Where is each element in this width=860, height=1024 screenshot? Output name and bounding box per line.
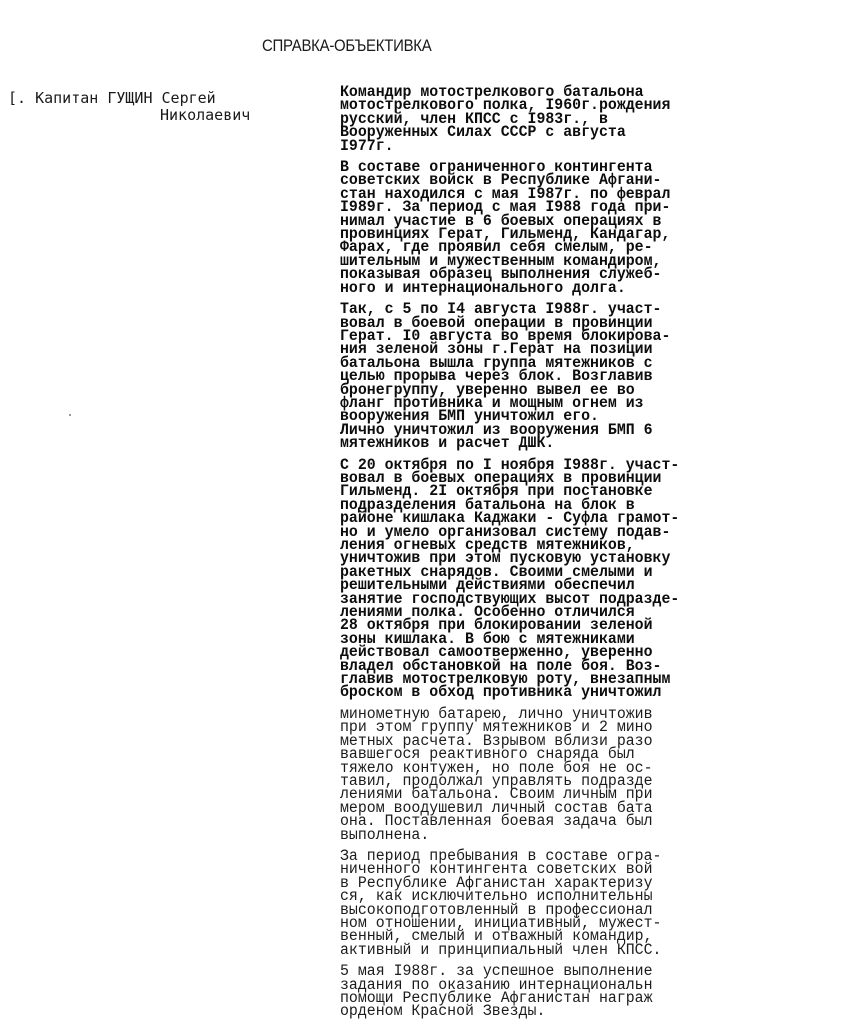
paragraph: Так, с 5 по I4 августа I988г. участ-вова… bbox=[340, 303, 860, 450]
paragraph: За период пребывания в составе огра-ниче… bbox=[340, 850, 860, 957]
text-line: орденом Красной Звезды. bbox=[340, 1005, 839, 1018]
person-header: [. Капитан ГУЩИН Сергей Николаевич bbox=[8, 90, 338, 124]
paragraph: В составе ограниченного контингентасовет… bbox=[340, 161, 860, 295]
text-line: броском в обход противника уничтожил bbox=[340, 686, 839, 699]
text-line: Вооруженных Силах СССР с августа bbox=[340, 126, 839, 139]
patronymic: Николаевич bbox=[8, 107, 338, 124]
paragraph: Командир мотострелкового батальонамотост… bbox=[340, 86, 860, 153]
text-line: I977г. bbox=[340, 140, 839, 153]
scan-speck bbox=[69, 414, 71, 416]
text-line: мятежников и расчет ДШК. bbox=[340, 437, 839, 450]
document-body: Командир мотострелкового батальонамотост… bbox=[340, 86, 860, 1024]
paragraph: С 20 октября по I ноября I988г. участ-во… bbox=[340, 459, 860, 700]
text-line: ного и интернационального долга. bbox=[340, 282, 839, 295]
rank: Капитан bbox=[35, 89, 98, 107]
document-title: СПРАВКА-ОБЪЕКТИВКА bbox=[262, 36, 431, 56]
text-line: выполнена. bbox=[340, 829, 839, 842]
entry-number: [. bbox=[8, 89, 26, 107]
surname: ГУЩИН bbox=[107, 89, 152, 107]
paragraph: минометную батарею, лично уничтоживпри э… bbox=[340, 708, 860, 842]
first-name: Сергей bbox=[162, 89, 216, 107]
text-line: активный и принципиальный член КПСС. bbox=[340, 944, 839, 957]
paragraph: 5 мая I988г. за успешное выполнениезадан… bbox=[340, 965, 860, 1019]
